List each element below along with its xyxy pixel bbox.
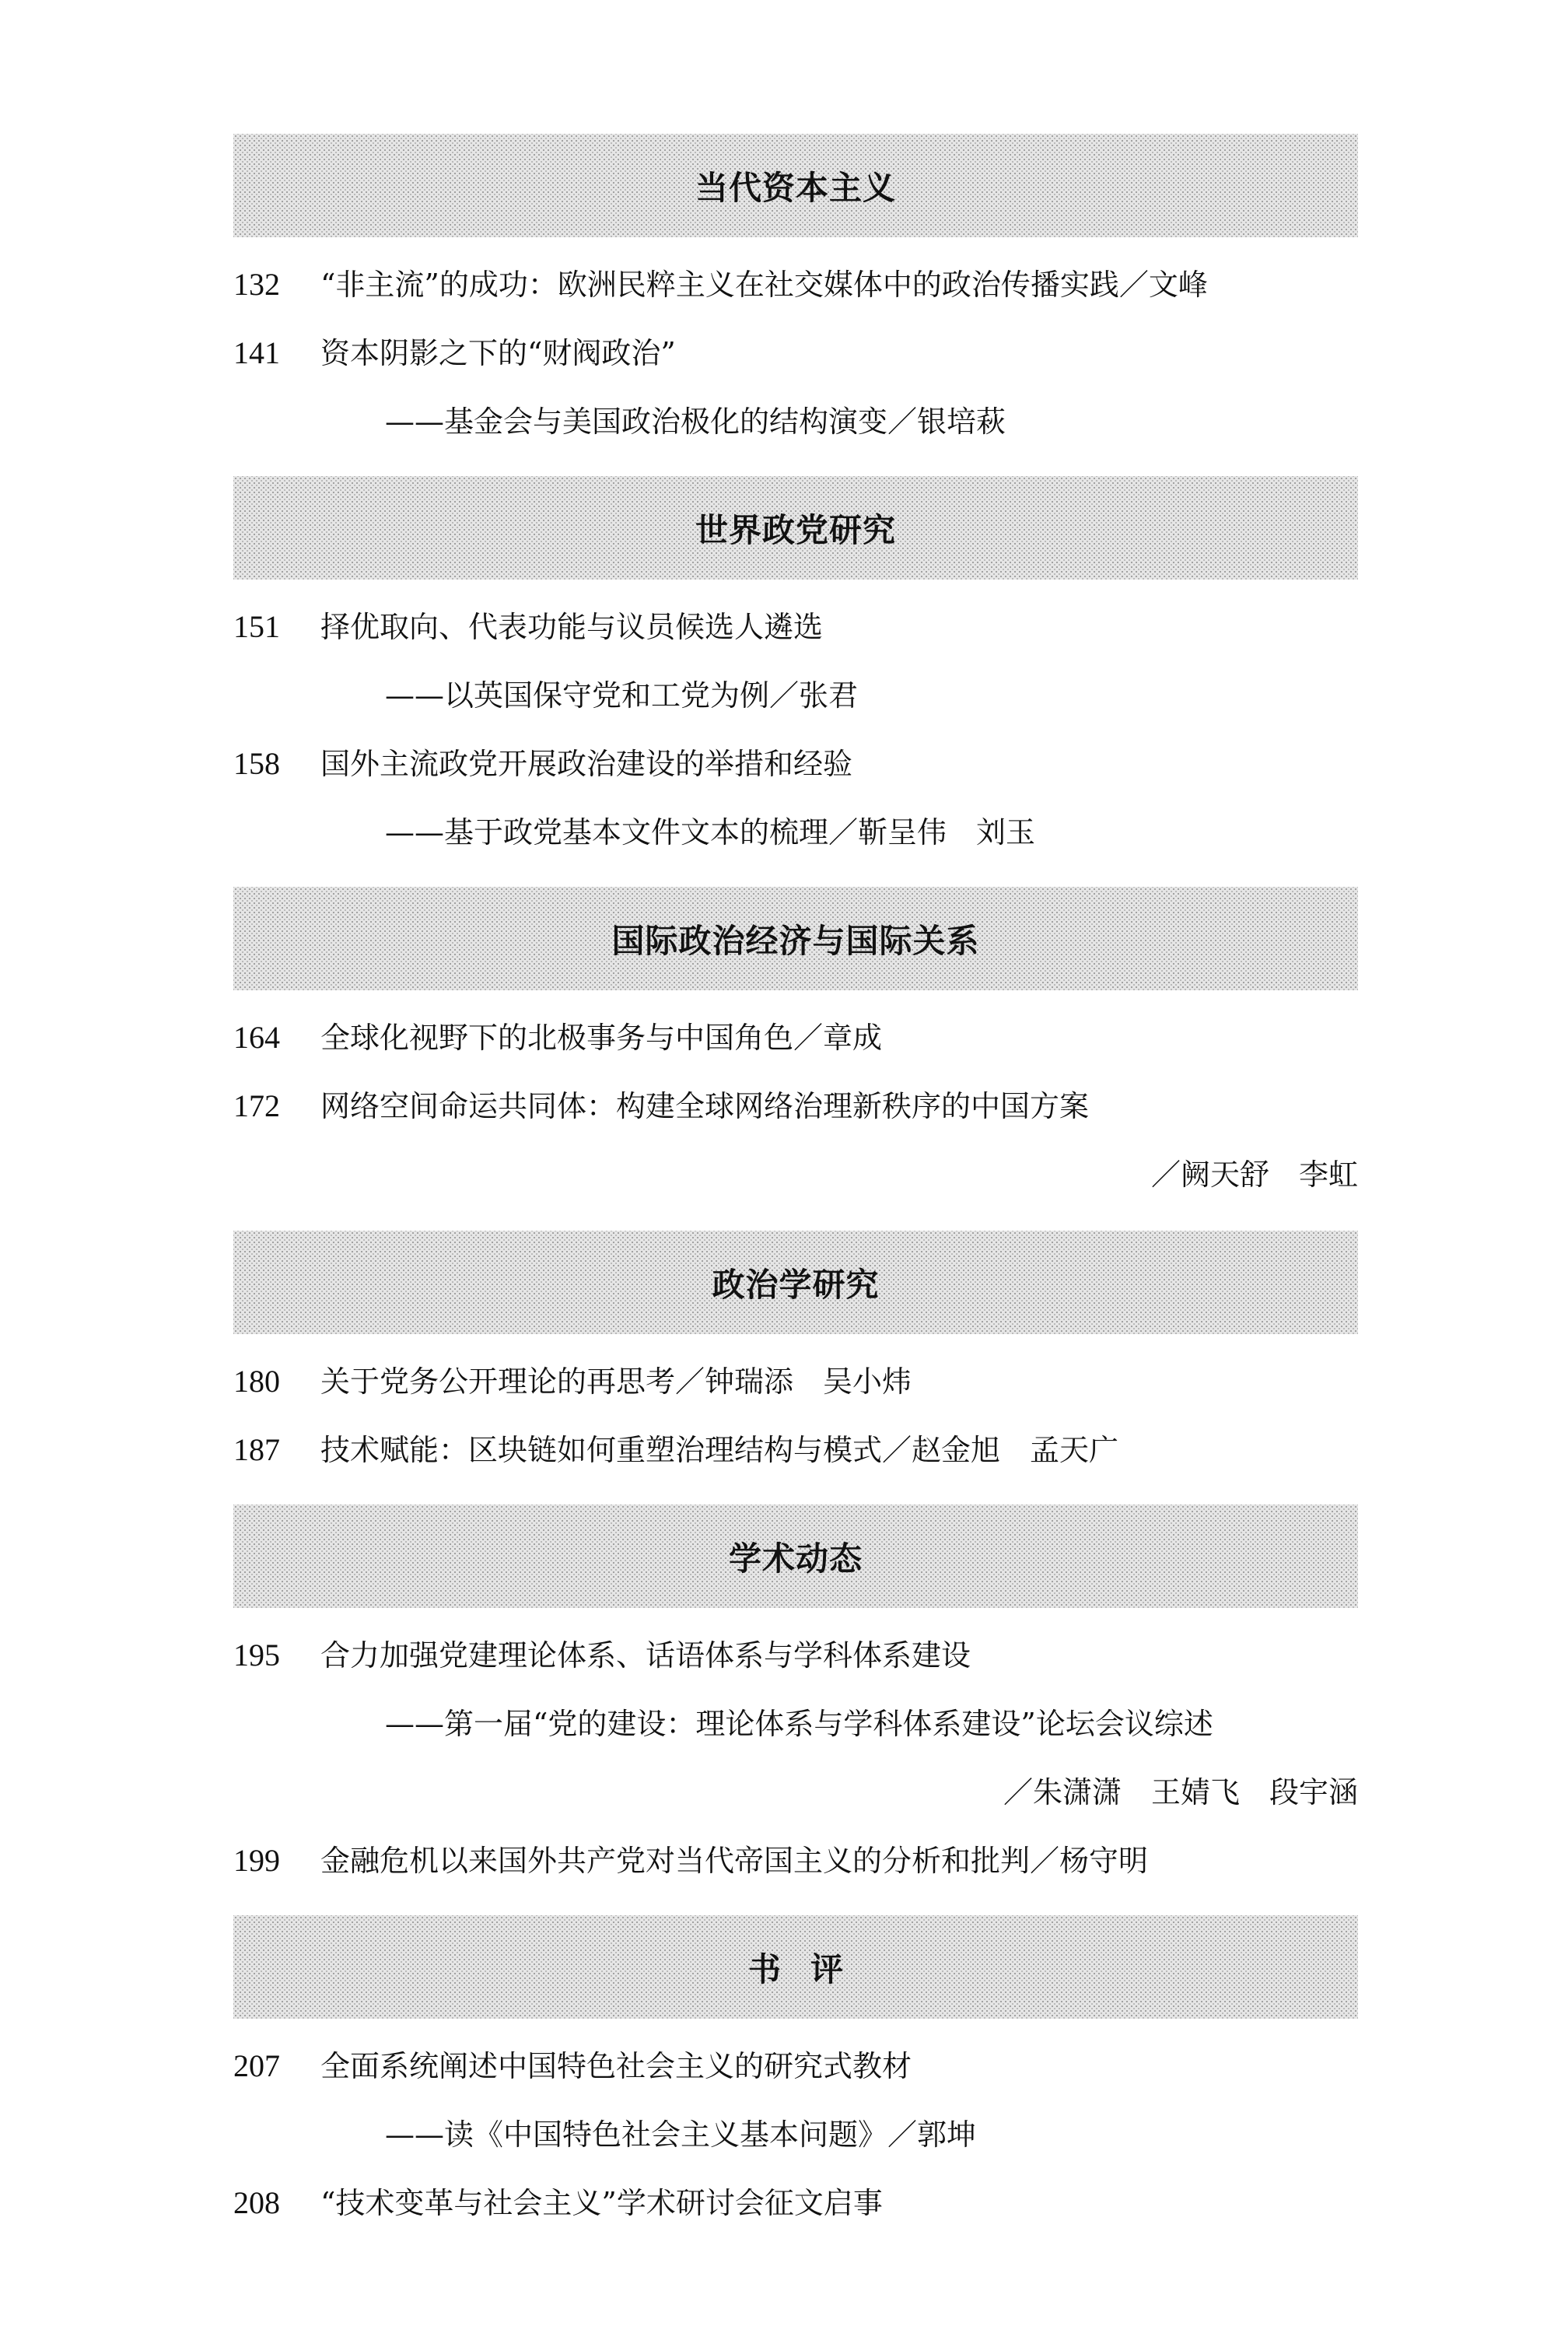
toc-entry[interactable]: 195 合力加强党建理论体系、话语体系与学科体系建设 [233,1632,1358,1679]
toc-entry-authors: ／朱潇潇 王婧飞 段宇涵 [233,1769,1358,1816]
page-number: 132 [233,261,311,308]
page-number: 207 [233,2043,311,2090]
toc-entry[interactable]: 199 金融危机以来国外共产党对当代帝国主义的分析和批判／杨守明 [233,1837,1358,1884]
page-number: 172 [233,1083,311,1130]
entry-title[interactable]: 国外主流政党开展政治建设的举措和经验 [320,741,852,787]
section-heading: 世界政党研究 [695,505,896,552]
entry-title[interactable]: “技术变革与社会主义”学术研讨会征文启事 [320,2180,883,2226]
page-number: 187 [233,1427,311,1473]
toc-entry[interactable]: 132 “非主流”的成功：欧洲民粹主义在社交媒体中的政治传播实践／文峰 [233,261,1358,308]
entry-title[interactable]: 全面系统阐述中国特色社会主义的研究式教材 [320,2043,912,2090]
toc-entry[interactable]: 180 关于党务公开理论的再思考／钟瑞添 吴小炜 [233,1358,1358,1405]
toc-entry-subtitle: ——第一届“党的建设：理论体系与学科体系建设”论坛会议综述 [233,1701,1358,1747]
entry-subtitle: ——第一届“党的建设：理论体系与学科体系建设”论坛会议综述 [385,1701,1213,1747]
entry-subtitle: ——读《中国特色社会主义基本问题》／郭坤 [385,2111,976,2158]
entry-subtitle: ——基金会与美国政治极化的结构演变／银培萩 [385,398,1006,445]
page-number: 208 [233,2180,311,2226]
entry-title[interactable]: 网络空间命运共同体：构建全球网络治理新秩序的中国方案 [320,1083,1089,1130]
entry-subtitle: ——以英国保守党和工党为例／张君 [385,672,858,719]
toc-entry[interactable]: 151 择优取向、代表功能与议员候选人遴选 [233,604,1358,650]
entry-title[interactable]: 金融危机以来国外共产党对当代帝国主义的分析和批判／杨守明 [320,1837,1148,1884]
page-number: 180 [233,1358,311,1405]
entry-title[interactable]: 合力加强党建理论体系、话语体系与学科体系建设 [320,1632,971,1679]
page-number: 141 [233,330,311,377]
section-banner-academic-news: 学术动态 [233,1505,1358,1608]
toc-entry-subtitle: ——基于政党基本文件文本的梳理／靳呈伟 刘玉 [233,809,1358,856]
toc-entry[interactable]: 164 全球化视野下的北极事务与中国角色／章成 [233,1014,1358,1061]
toc-entry[interactable]: 208 “技术变革与社会主义”学术研讨会征文启事 [233,2180,1358,2226]
toc-entry[interactable]: 187 技术赋能：区块链如何重塑治理结构与模式／赵金旭 孟天广 [233,1427,1358,1473]
section-banner-book-review: 书评 [233,1915,1358,2019]
toc-entry[interactable]: 207 全面系统阐述中国特色社会主义的研究式教材 [233,2043,1358,2090]
page-number: 199 [233,1837,311,1884]
toc-entry-authors: ／阙天舒 李虹 [233,1151,1358,1198]
section-heading: 学术动态 [729,1533,863,1580]
page-number: 158 [233,741,311,787]
entry-authors: ／朱潇潇 王婧飞 段宇涵 [1003,1769,1358,1816]
entry-title[interactable]: 技术赋能：区块链如何重塑治理结构与模式／赵金旭 孟天广 [320,1427,1118,1473]
entry-authors: ／阙天舒 李虹 [1151,1151,1358,1198]
page-number: 195 [233,1632,311,1679]
toc-entry[interactable]: 141 资本阴影之下的“财阀政治” [233,330,1358,377]
section-heading: 国际政治经济与国际关系 [611,916,979,962]
section-banner-international-political-economy: 国际政治经济与国际关系 [233,887,1358,990]
page-number: 164 [233,1014,311,1061]
page-number: 151 [233,604,311,650]
entry-title[interactable]: 关于党务公开理论的再思考／钟瑞添 吴小炜 [320,1358,912,1405]
toc-entry-subtitle: ——读《中国特色社会主义基本问题》／郭坤 [233,2111,1358,2158]
section-heading: 书评 [719,1944,873,1991]
toc-entry-subtitle: ——基金会与美国政治极化的结构演变／银培萩 [233,398,1358,445]
toc-entry[interactable]: 172 网络空间命运共同体：构建全球网络治理新秩序的中国方案 [233,1083,1358,1130]
entry-title[interactable]: 资本阴影之下的“财阀政治” [320,330,676,377]
entry-title[interactable]: “非主流”的成功：欧洲民粹主义在社交媒体中的政治传播实践／文峰 [320,261,1208,308]
toc-entry[interactable]: 158 国外主流政党开展政治建设的举措和经验 [233,741,1358,787]
entry-title[interactable]: 择优取向、代表功能与议员候选人遴选 [320,604,823,650]
entry-subtitle: ——基于政党基本文件文本的梳理／靳呈伟 刘玉 [385,809,1035,856]
section-heading: 当代资本主义 [695,163,896,209]
toc-entry-subtitle: ——以英国保守党和工党为例／张君 [233,672,1358,719]
section-banner-political-science: 政治学研究 [233,1231,1358,1334]
section-banner-world-party-studies: 世界政党研究 [233,476,1358,580]
section-banner-contemporary-capitalism: 当代资本主义 [233,134,1358,237]
section-heading: 政治学研究 [712,1259,879,1306]
entry-title[interactable]: 全球化视野下的北极事务与中国角色／章成 [320,1014,882,1061]
